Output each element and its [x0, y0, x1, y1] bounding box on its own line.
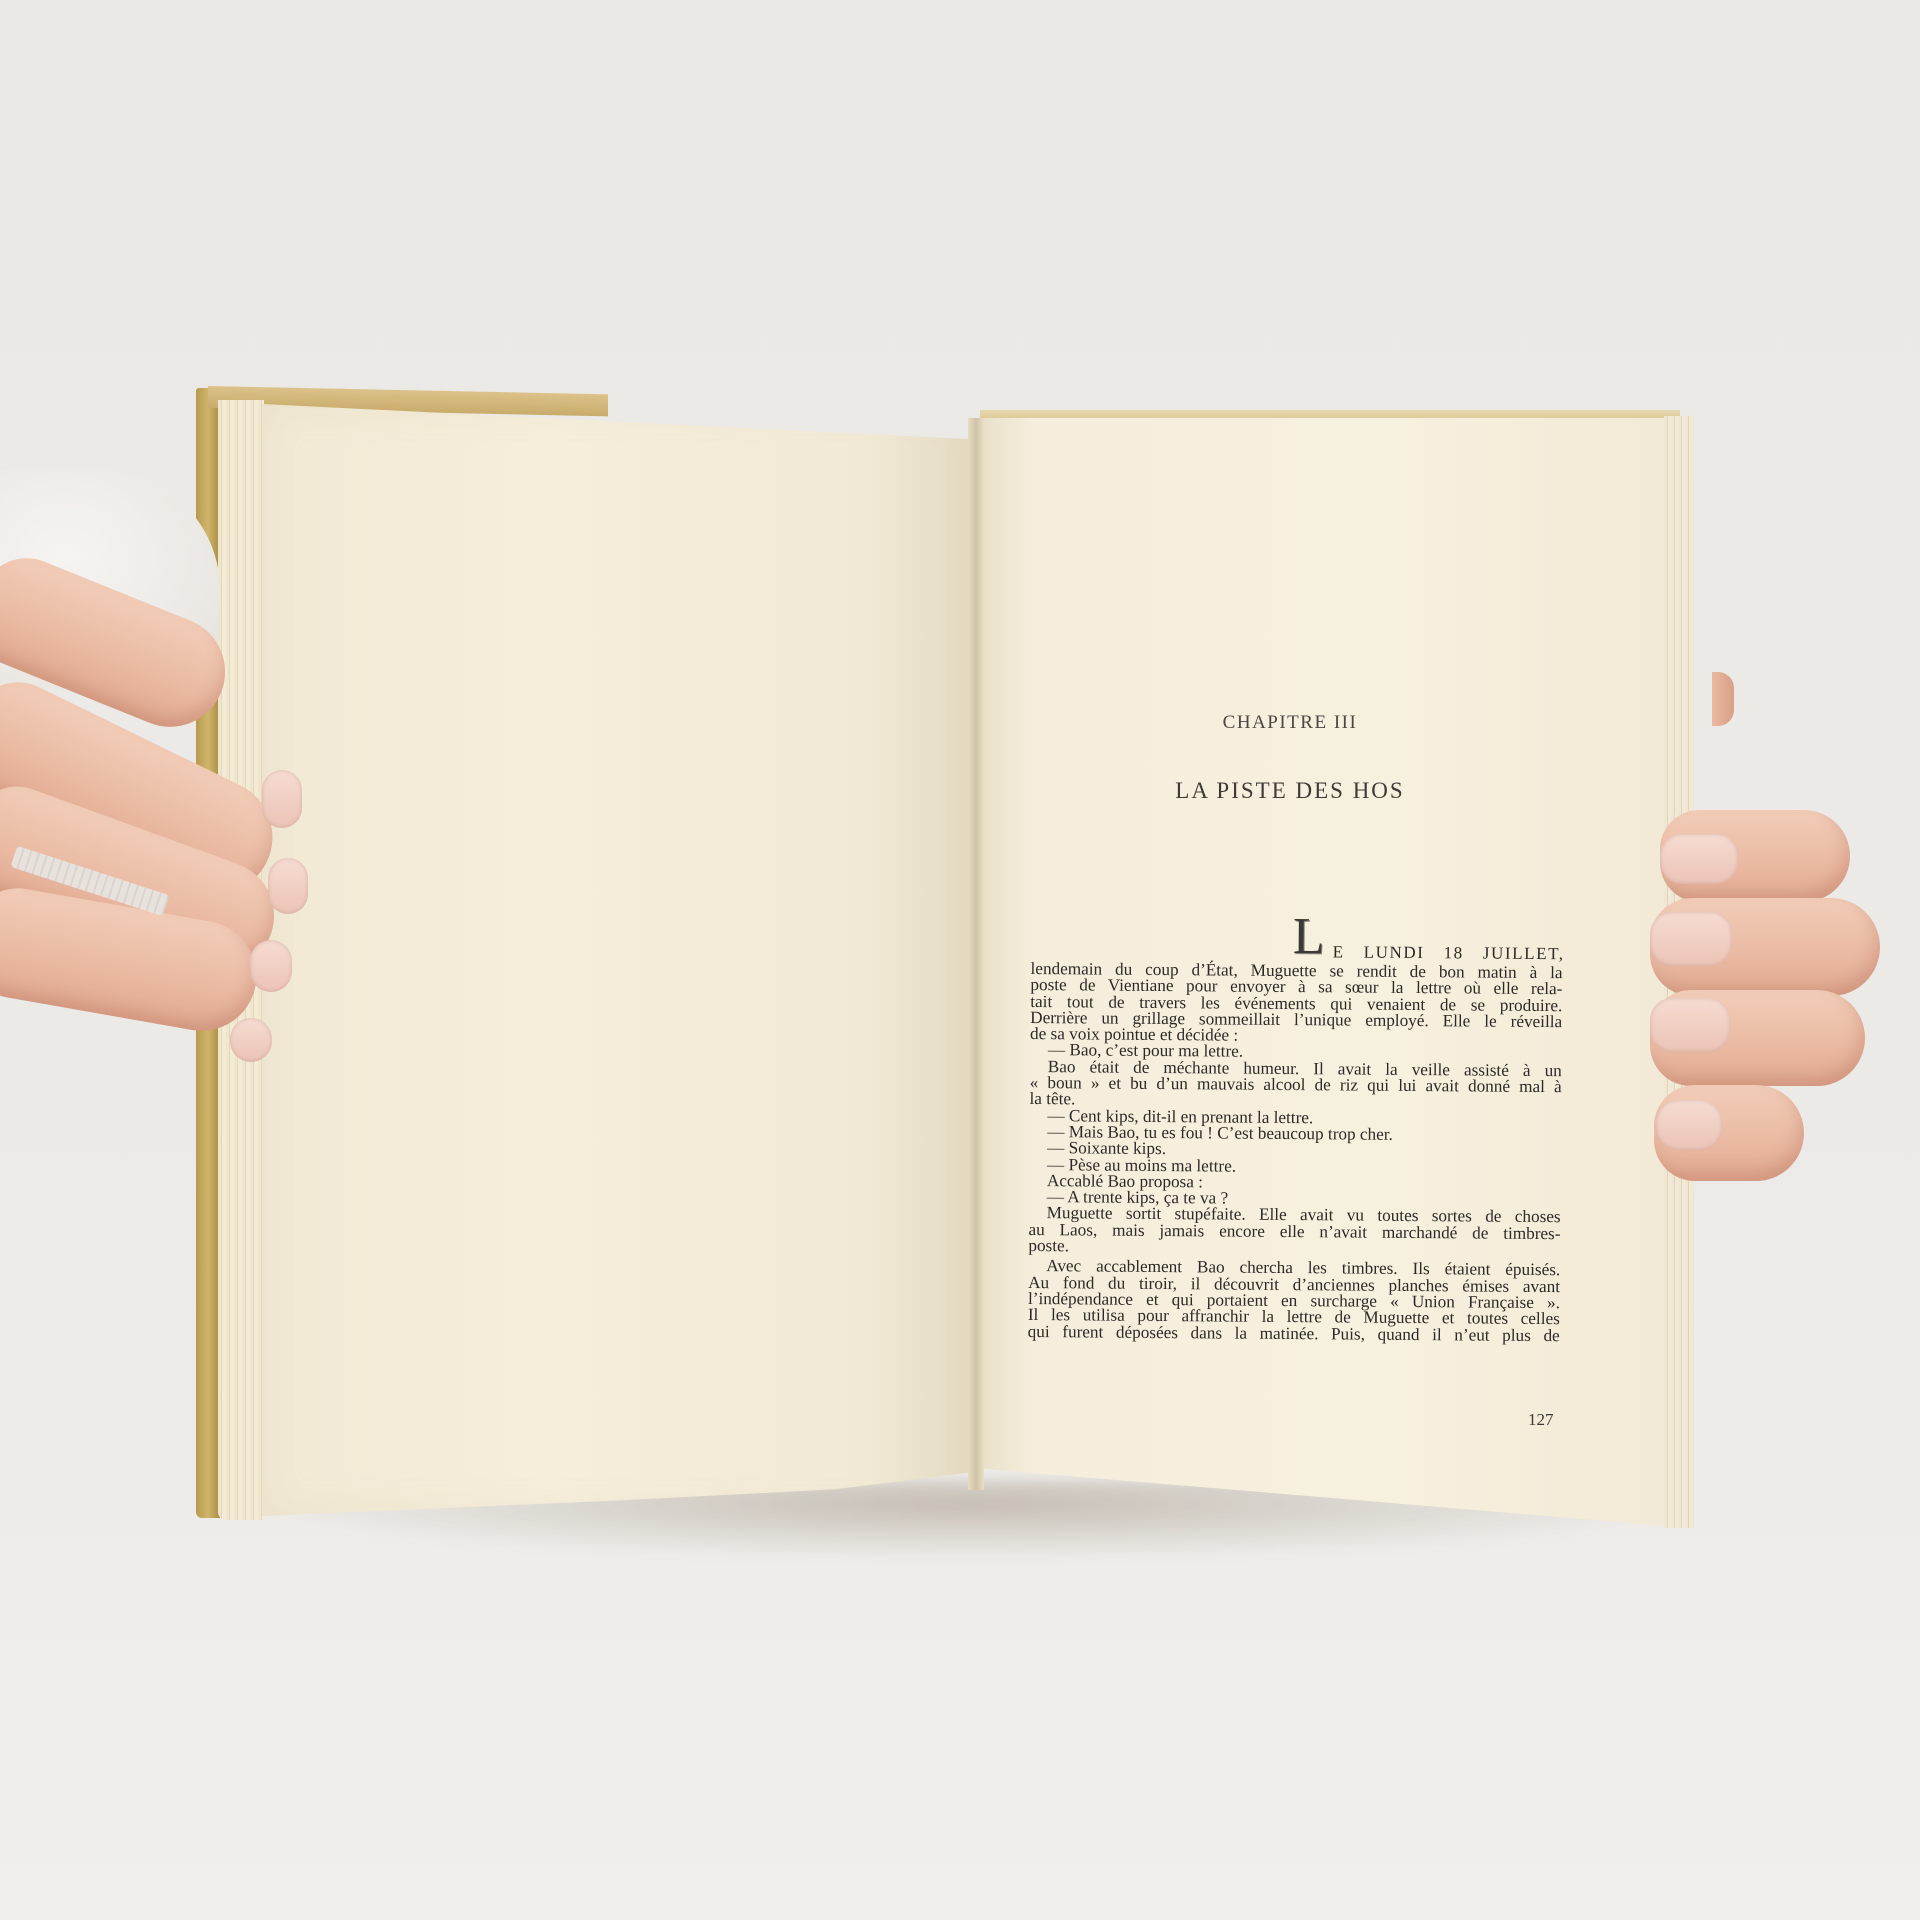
- text-line: « boun » et bu d’un mauvais alcool de ri…: [1030, 1075, 1562, 1095]
- book-gutter: [968, 418, 984, 1490]
- chapter-body-text: L E LUNDI 18 JUILLET, lendemain du coup …: [1028, 915, 1563, 1344]
- fingernail: [1650, 998, 1730, 1052]
- page-number: 127: [1528, 1410, 1554, 1430]
- right-hand: [1640, 810, 1880, 1220]
- fingernail: [268, 858, 308, 914]
- opening-line: L E LUNDI 18 JUILLET,: [1031, 915, 1563, 965]
- drop-cap: L: [1293, 913, 1325, 961]
- left-page-blank: [262, 404, 978, 1516]
- left-hand: [0, 540, 330, 1040]
- fingernail: [1650, 912, 1732, 966]
- right-thumb-tip: [1712, 672, 1734, 726]
- text-line: qui furent déposées dans la matinée. Pui…: [1028, 1324, 1560, 1344]
- text-line: au Laos, mais jamais encore elle n’avait…: [1028, 1222, 1560, 1242]
- fingernail: [250, 940, 292, 992]
- chapter-label: CHAPITRE III: [1060, 712, 1520, 734]
- opening-small-caps: E LUNDI 18 JUILLET,: [1333, 944, 1565, 962]
- fingernail: [262, 770, 302, 828]
- chapter-title: LA PISTE DES HOS: [1060, 778, 1520, 804]
- fingernail: [1660, 834, 1738, 884]
- fingernail: [1656, 1100, 1722, 1150]
- fingernail: [230, 1018, 272, 1062]
- photo-scene: CHAPITRE III LA PISTE DES HOS L E LUNDI …: [0, 0, 1920, 1920]
